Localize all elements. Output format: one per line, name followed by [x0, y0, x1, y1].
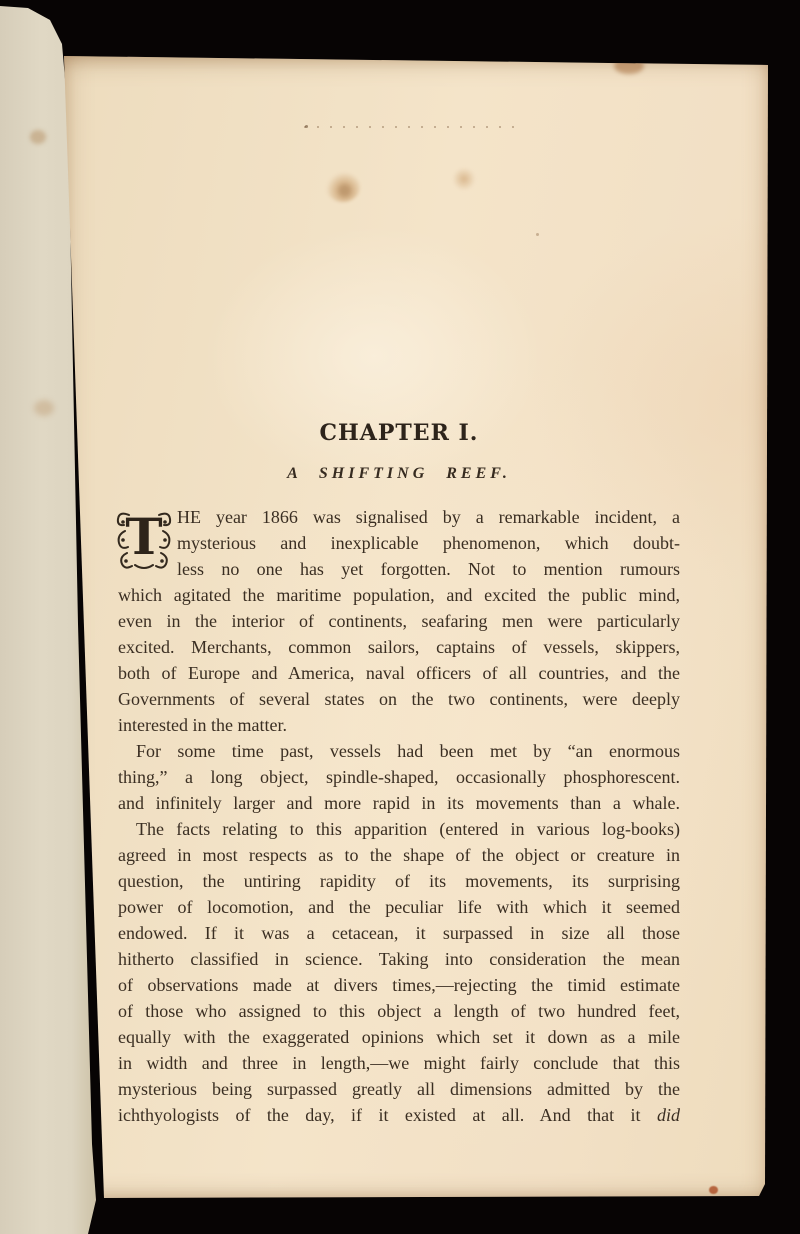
book-photo: CHAPTER I. A SHIFTING REEF. — [0, 0, 800, 1234]
paragraph: HE year 1866 was signalised by a remarka… — [118, 504, 680, 738]
text-line: mysterious being surpassed greatly all d… — [118, 1076, 680, 1102]
text-line: Governments of several states on the two… — [118, 686, 680, 712]
ink-speck — [536, 233, 539, 236]
text-line: HE year 1866 was signalised by a remarka… — [177, 504, 680, 530]
text-line: of those who assigned to this object a l… — [118, 998, 680, 1024]
text-line: both of Europe and America, naval office… — [118, 660, 680, 686]
text-line: excited. Merchants, common sailors, capt… — [118, 634, 680, 660]
text-line: of observations made at divers times,—re… — [118, 972, 680, 998]
text-line: in width and three in length,—we might f… — [118, 1050, 680, 1076]
text-line: power of locomotion, and the peculiar li… — [118, 894, 680, 920]
text-line: hitherto classified in science. Taking i… — [118, 946, 680, 972]
text-line: ichthyologists of the day, if it existed… — [118, 1102, 680, 1128]
speck-row — [304, 126, 516, 128]
text-line: equally with the exaggerated opinions wh… — [118, 1024, 680, 1050]
text-line: thing,” a long object, spindle-shaped, o… — [118, 764, 680, 790]
text-block: T HE year 1866 was signalised by a remar… — [118, 504, 680, 1128]
drop-cap-initial: T — [115, 507, 173, 571]
drop-cap-letter: T — [125, 507, 162, 566]
text-line: agreed in most respects as to the shape … — [118, 842, 680, 868]
text-line: and infinitely larger and more rapid in … — [118, 790, 680, 816]
foxing-spot — [34, 400, 54, 416]
section-title: A SHIFTING REEF. — [118, 465, 680, 483]
foxing-spot — [452, 168, 476, 190]
paragraph: The facts relating to this apparition (e… — [118, 816, 680, 1128]
text-line: question, the untiring rapidity of its m… — [118, 868, 680, 894]
text-line: For some time past, vessels had been met… — [118, 738, 680, 764]
text-line: The facts relating to this apparition (e… — [118, 816, 680, 842]
foxing-spot — [30, 130, 46, 144]
text-line: mysterious and inexplicable phenomenon, … — [177, 530, 680, 556]
text-line: endowed. If it was a cetacean, it surpas… — [118, 920, 680, 946]
drop-cap-ornament: T — [115, 507, 173, 571]
foxing-spot — [326, 172, 360, 202]
text-line: interested in the matter. — [118, 712, 680, 738]
foxing-spot — [709, 1186, 718, 1194]
paragraph: For some time past, vessels had been met… — [118, 738, 680, 816]
text-line: less no one has yet forgotten. Not to me… — [177, 556, 680, 582]
text-line: even in the interior of continents, seaf… — [118, 608, 680, 634]
chapter-title: CHAPTER I. — [118, 420, 680, 446]
book-page: CHAPTER I. A SHIFTING REEF. — [64, 56, 770, 1200]
text-line: which agitated the maritime population, … — [118, 582, 680, 608]
foxing-spot — [614, 58, 644, 74]
